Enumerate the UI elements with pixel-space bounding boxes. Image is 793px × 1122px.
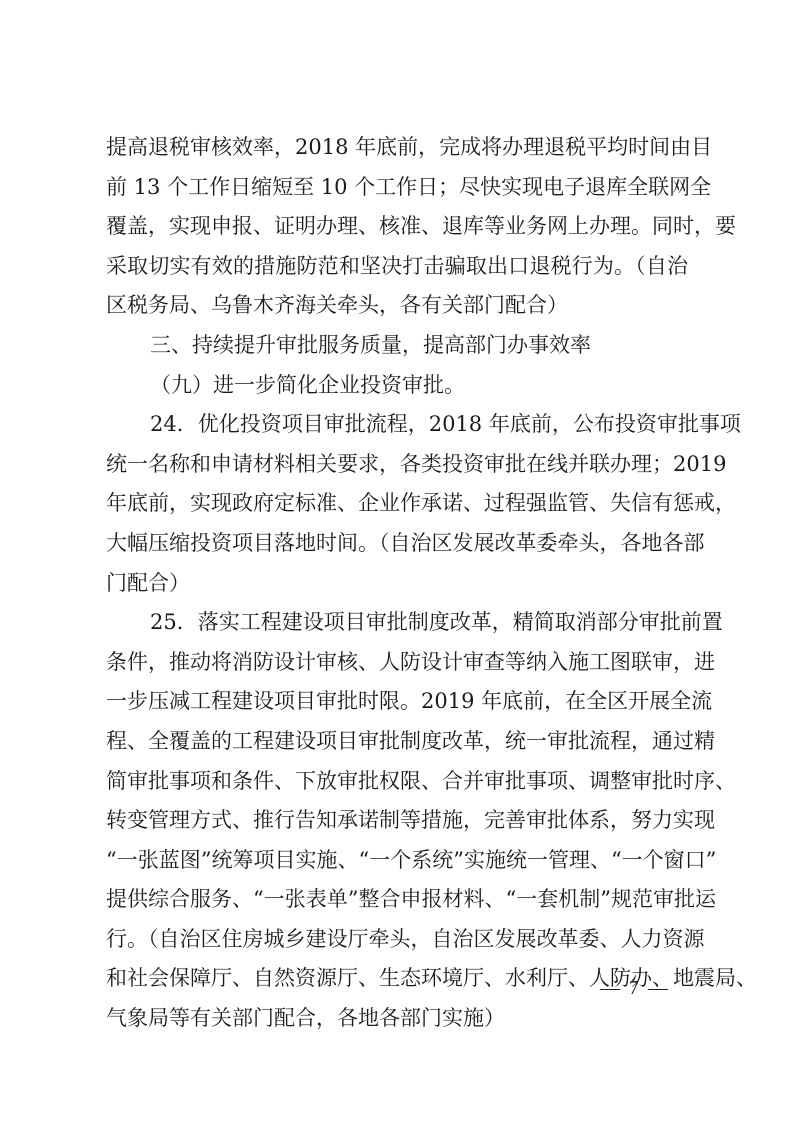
paragraph-tax-refund: 提高退税审核效率，2018 年底前，完成将办理退税平均时间由目 前 13 个工作… xyxy=(106,128,688,326)
text-line: 门配合） xyxy=(106,564,688,604)
text-line: 覆盖，实现申报、证明办理、核准、退库等业务网上办理。同时，要 xyxy=(106,207,688,247)
text-line: 提供综合服务、“一张表单”整合申报材料、“一套机制”规范审批运 xyxy=(106,880,688,920)
subsection-heading: （九）进一步简化企业投资审批。 xyxy=(106,366,688,406)
text-line: 气象局等有关部门配合，各地各部门实施） xyxy=(106,999,688,1039)
paragraph-item-25: 25．落实工程建设项目审批制度改革，精简取消部分审批前置 条件，推动将消防设计审… xyxy=(106,603,688,1039)
text-line: 条件，推动将消防设计审核、人防设计审查等纳入施工图联审，进 xyxy=(106,643,688,683)
text-line: 提高退税审核效率，2018 年底前，完成将办理退税平均时间由目 xyxy=(106,128,688,168)
text-line: 程、全覆盖的工程建设项目审批制度改革，统一审批流程，通过精 xyxy=(106,722,688,762)
paragraph-item-24: 24．优化投资项目审批流程，2018 年底前，公布投资审批事项 统一名称和申请材… xyxy=(106,405,688,603)
text-line: 转变管理方式、推行告知承诺制等措施，完善审批体系，努力实现 xyxy=(106,801,688,841)
text-line: 统一名称和申请材料相关要求，各类投资审批在线并联办理；2019 xyxy=(106,445,688,485)
heading-text: （九）进一步简化企业投资审批。 xyxy=(106,366,688,406)
text-line: “一张蓝图”统筹项目实施、“一个系统”实施统一管理、“一个窗口” xyxy=(106,841,688,881)
document-body: 提高退税审核效率，2018 年底前，完成将办理退税平均时间由目 前 13 个工作… xyxy=(106,128,688,1039)
text-line: 一步压减工程建设项目审批时限。2019 年底前，在全区开展全流 xyxy=(106,682,688,722)
text-line: 大幅压缩投资项目落地时间。（自治区发展改革委牵头，各地各部 xyxy=(106,524,688,564)
text-line: 24．优化投资项目审批流程，2018 年底前，公布投资审批事项 xyxy=(106,405,688,445)
page-number: — 7 — xyxy=(600,977,670,1000)
text-line: 前 13 个工作日缩短至 10 个工作日；尽快实现电子退库全联网全 xyxy=(106,168,688,208)
text-line: 区税务局、乌鲁木齐海关牵头，各有关部门配合） xyxy=(106,286,688,326)
text-line: 简审批事项和条件、下放审批权限、合并审批事项、调整审批时序、 xyxy=(106,762,688,802)
text-line: 行。（自治区住房城乡建设厅牵头，自治区发展改革委、人力资源 xyxy=(106,920,688,960)
heading-text: 三、持续提升审批服务质量，提高部门办事效率 xyxy=(106,326,688,366)
text-line: 年底前，实现政府定标准、企业作承诺、过程强监管、失信有惩戒， xyxy=(106,484,688,524)
text-line: 25．落实工程建设项目审批制度改革，精简取消部分审批前置 xyxy=(106,603,688,643)
text-line: 采取切实有效的措施防范和坚决打击骗取出口退税行为。（自治 xyxy=(106,247,688,287)
section-heading: 三、持续提升审批服务质量，提高部门办事效率 xyxy=(106,326,688,366)
